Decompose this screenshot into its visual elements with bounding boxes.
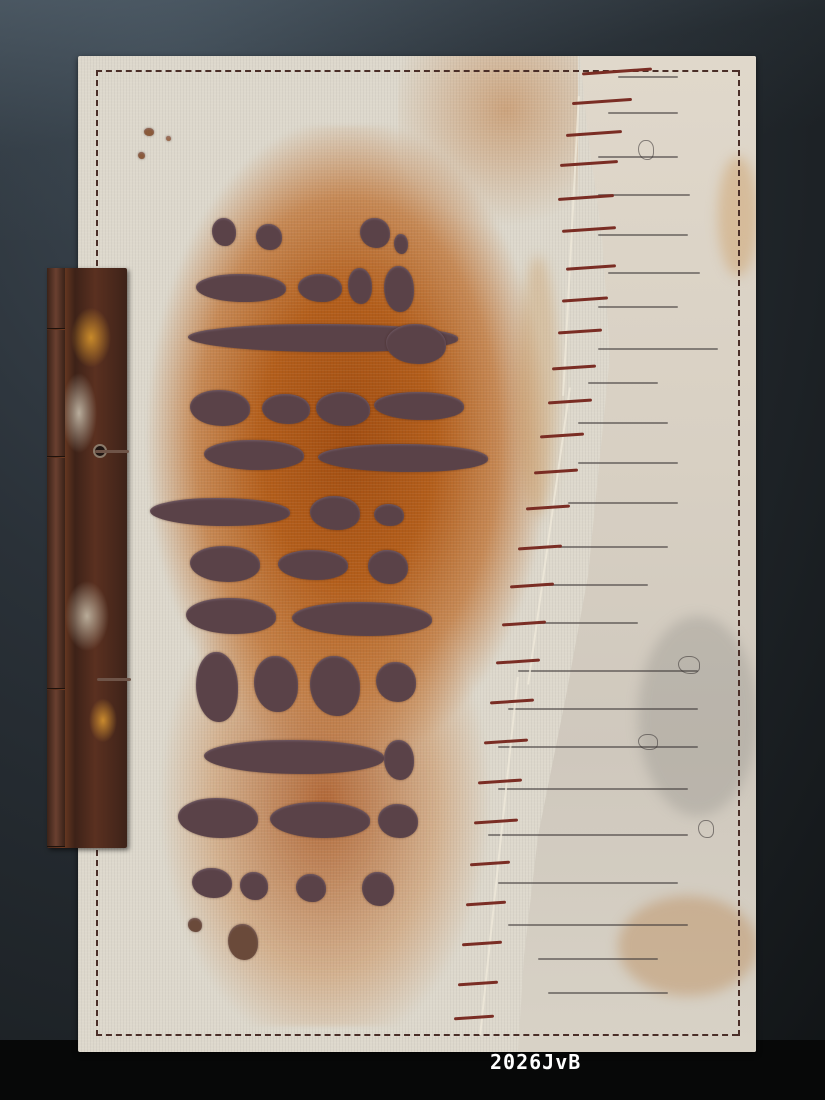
hinge-wire-stitch xyxy=(97,678,131,681)
rust-glyph xyxy=(374,504,404,526)
hinge-knuckle xyxy=(47,458,65,689)
rust-glyph xyxy=(362,872,394,906)
rust-glyph xyxy=(378,804,418,838)
rust-glyph xyxy=(384,266,414,312)
rust-glyph xyxy=(360,218,390,248)
rust-glyph xyxy=(316,392,370,426)
rust-glyph xyxy=(296,874,326,902)
rusty-hinge xyxy=(47,268,127,848)
hinge-knuckle xyxy=(47,330,65,457)
hinge-wire-stitch xyxy=(95,450,129,453)
rust-glyph xyxy=(376,662,416,702)
artist-watermark: 2026JvB xyxy=(490,1050,581,1074)
hinge-knuckle xyxy=(47,268,65,329)
edge-stitch-right xyxy=(738,70,740,1036)
rust-glyph xyxy=(188,918,202,932)
tea-stain xyxy=(618,896,756,996)
speckle xyxy=(166,136,171,141)
rust-glyph xyxy=(212,218,236,246)
rust-glyph xyxy=(348,268,372,304)
fabric-panel xyxy=(78,56,756,1052)
rust-glyph xyxy=(386,324,446,364)
rust-glyph xyxy=(278,550,348,580)
rust-glyph xyxy=(394,234,408,254)
rust-glyph xyxy=(228,924,258,960)
hinge-knuckle xyxy=(47,690,65,847)
speckle xyxy=(138,152,145,159)
rust-glyph xyxy=(298,274,342,302)
tea-stain xyxy=(718,156,756,276)
rust-glyph xyxy=(384,740,414,780)
rust-glyph xyxy=(254,656,298,712)
edge-stitch-bottom xyxy=(96,1034,738,1036)
rust-glyph xyxy=(240,872,268,900)
rust-glyph xyxy=(368,550,408,584)
rust-glyph xyxy=(256,224,282,250)
rust-glyph xyxy=(310,656,360,716)
tea-stain xyxy=(518,256,558,516)
rust-glyph xyxy=(262,394,310,424)
rust-glyph xyxy=(196,652,238,722)
speckle xyxy=(144,128,154,136)
rust-glyph xyxy=(310,496,360,530)
rust-glyph xyxy=(190,390,250,426)
rust-glyph xyxy=(192,868,232,898)
rust-glyph xyxy=(190,546,260,582)
